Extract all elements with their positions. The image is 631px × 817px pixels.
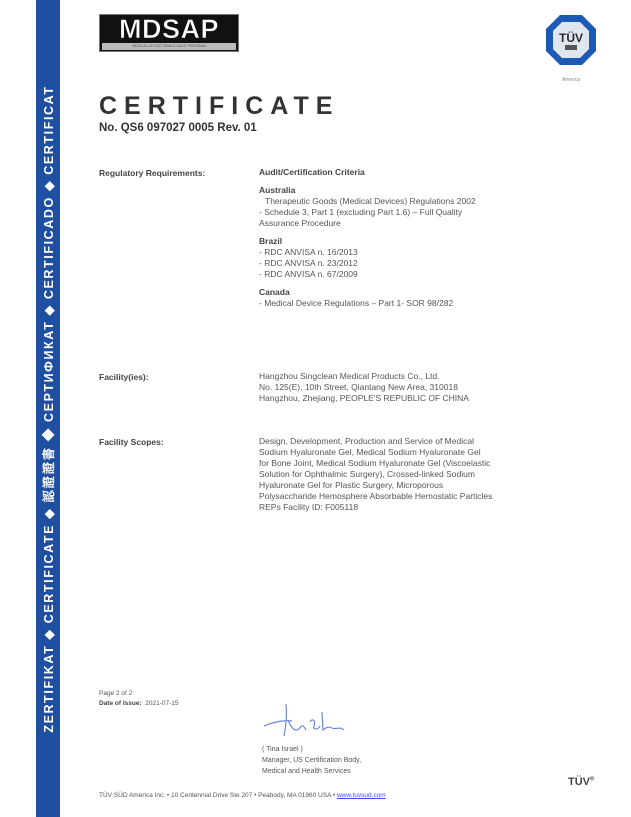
signer-title: Manager, US Certification Body, <box>262 755 361 766</box>
region-australia: Australia Therapeutic Goods (Medical Dev… <box>259 185 579 229</box>
regulatory-requirements-value: Audit/Certification Criteria Australia T… <box>259 167 579 316</box>
region-brazil: Brazil - RDC ANVISA n. 16/2013 - RDC ANV… <box>259 236 579 280</box>
regulatory-requirements-label: Regulatory Requirements: <box>99 168 205 178</box>
mdsap-logo: MDSAP MEDICAL DEVICE SINGLE AUDIT PROGRA… <box>99 14 239 52</box>
issue-date-line: Date of Issue: 2021-07-15 <box>99 699 179 709</box>
page-and-issue-info: Page 2 of 2 Date of Issue: 2021-07-15 <box>99 689 179 709</box>
tuv-octagon-logo-icon: TÜV <box>545 14 597 66</box>
mdsap-logo-subtitle: MEDICAL DEVICE SINGLE AUDIT PROGRAM <box>102 43 236 50</box>
facility-address: Hangzhou Singclean Medical Products Co.,… <box>259 371 579 404</box>
issue-date: 2021-07-15 <box>145 700 178 707</box>
sidebar-multilingual-text: ZERTIFIKAT ◆ CERTIFICATE ◆ 認證證書 ◆ СЕРТИФ… <box>39 9 57 809</box>
signer-name: ( Tina Israel ) <box>262 744 361 755</box>
signer-department: Medical and Health Services <box>262 766 361 777</box>
facility-scopes-label: Facility Scopes: <box>99 437 164 447</box>
page-number: Page 2 of 2 <box>99 689 179 699</box>
mdsap-logo-text: MDSAP <box>100 15 238 43</box>
tuv-wordmark: TÜV® <box>568 776 594 788</box>
facility-label: Facility(ies): <box>99 372 149 382</box>
issuer-address: TÜV SÜD America Inc. • 10 Centennial Dri… <box>99 792 386 799</box>
audit-criteria-heading: Audit/Certification Criteria <box>259 167 579 178</box>
signature-icon <box>262 700 352 742</box>
certificate-sidebar-band: ZERTIFIKAT ◆ CERTIFICATE ◆ 認證證書 ◆ СЕРТИФ… <box>36 0 60 817</box>
certificate-title: CERTIFICATE <box>99 92 339 121</box>
website-link[interactable]: www.tuvsud.com <box>337 792 386 799</box>
facility-scopes-value: Design, Development, Production and Serv… <box>259 436 579 513</box>
tuv-badge-text: TÜV <box>559 30 583 45</box>
tuv-region-label: America <box>545 77 597 83</box>
region-canada: Canada - Medical Device Regulations – Pa… <box>259 287 579 309</box>
certificate-number: No. QS6 097027 0005 Rev. 01 <box>99 122 257 134</box>
signer-block: ( Tina Israel ) Manager, US Certificatio… <box>262 744 361 777</box>
